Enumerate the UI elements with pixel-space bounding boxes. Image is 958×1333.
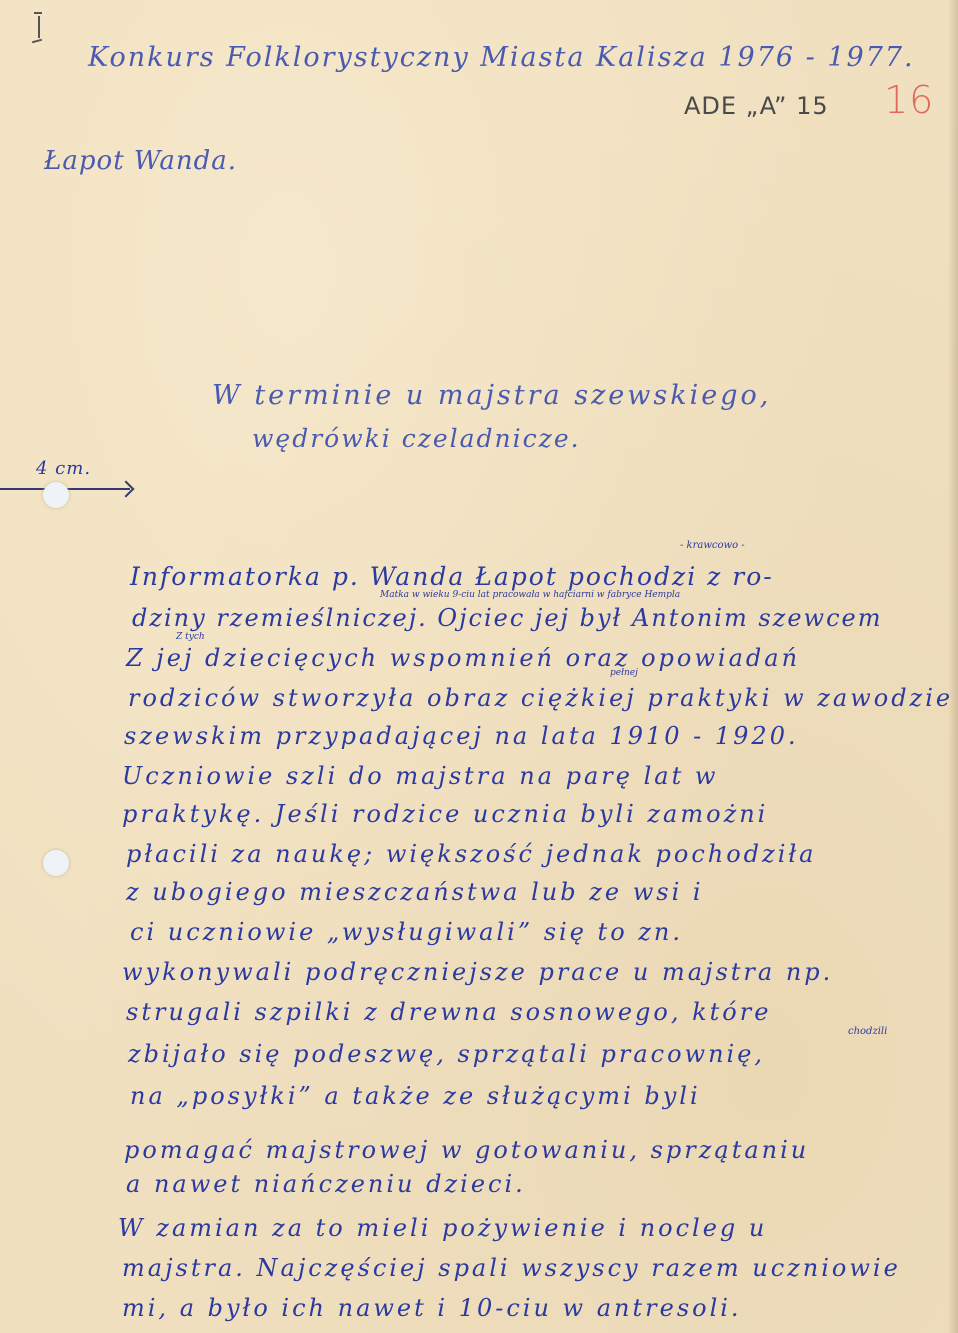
page-edge-shadow — [948, 0, 958, 1333]
roman-numeral-mark — [30, 8, 48, 44]
body-line: majstra. Najczęściej spali wszyscy razem… — [122, 1254, 901, 1282]
document-page: Konkurs Folklorystyczny Miasta Kalisza 1… — [0, 0, 958, 1333]
body-line: Uczniowie szli do majstra na parę lat w — [122, 762, 718, 790]
body-line: dziny rzemieślniczej. Ojciec jej był Ant… — [132, 604, 882, 632]
body-line: mi, a było ich nawet i 10-ciu w antresol… — [122, 1294, 742, 1322]
body-line: na „posyłki” a także ze służącymi byli — [130, 1082, 701, 1110]
body-line: Z jej dziecięcych wspomnień oraz opowiad… — [126, 644, 800, 672]
body-line: praktykę. Jeśli rodzice ucznia byli zamo… — [122, 800, 768, 828]
insert-annotation: Matka w wieku 9-ciu lat pracowała w hafc… — [380, 590, 680, 600]
insert-annotation: chodzili — [848, 1026, 887, 1037]
body-line: pomagać majstrowej w gotowaniu, sprzątan… — [124, 1136, 809, 1164]
archive-code: ADE „A” 15 — [684, 92, 829, 120]
author-name: Łapot Wanda. — [44, 146, 237, 176]
body-line: wykonywali podręczniejsze prace u majstr… — [122, 958, 833, 986]
margin-note-label: 4 cm. — [36, 458, 91, 479]
body-line: Informatorka p. Wanda Łapot pochodzi z r… — [130, 562, 774, 591]
punch-hole — [43, 850, 69, 876]
document-title-line-1: W terminie u majstra szewskiego, — [212, 380, 771, 411]
body-line: rodziców stworzyła obraz ciężkiej prakty… — [128, 684, 953, 712]
insert-annotation: Z tych — [176, 632, 205, 642]
body-line: ci uczniowie „wysługiwali” się to zn. — [130, 918, 683, 946]
page-number: 16 — [884, 78, 934, 122]
document-title-line-2: wędrówki czeladnicze. — [252, 424, 581, 453]
body-line: szewskim przypadającej na lata 1910 - 19… — [124, 722, 799, 750]
header-title: Konkurs Folklorystyczny Miasta Kalisza 1… — [88, 42, 915, 73]
punch-hole — [43, 482, 69, 508]
body-line: płacili za naukę; większość jednak pocho… — [126, 840, 816, 868]
insert-annotation: pełnej — [610, 668, 638, 678]
body-line: z ubogiego mieszczaństwa lub ze wsi i — [126, 878, 704, 906]
insert-annotation: - krawcowo - — [680, 540, 745, 551]
body-line: zbijało się podeszwę, sprzątali pracowni… — [128, 1040, 765, 1068]
body-line: a nawet niańczeniu dzieci. — [126, 1170, 526, 1198]
body-line: strugali szpilki z drewna sosnowego, któ… — [126, 998, 771, 1026]
body-line: W zamian za to mieli pożywienie i nocleg… — [118, 1214, 767, 1242]
